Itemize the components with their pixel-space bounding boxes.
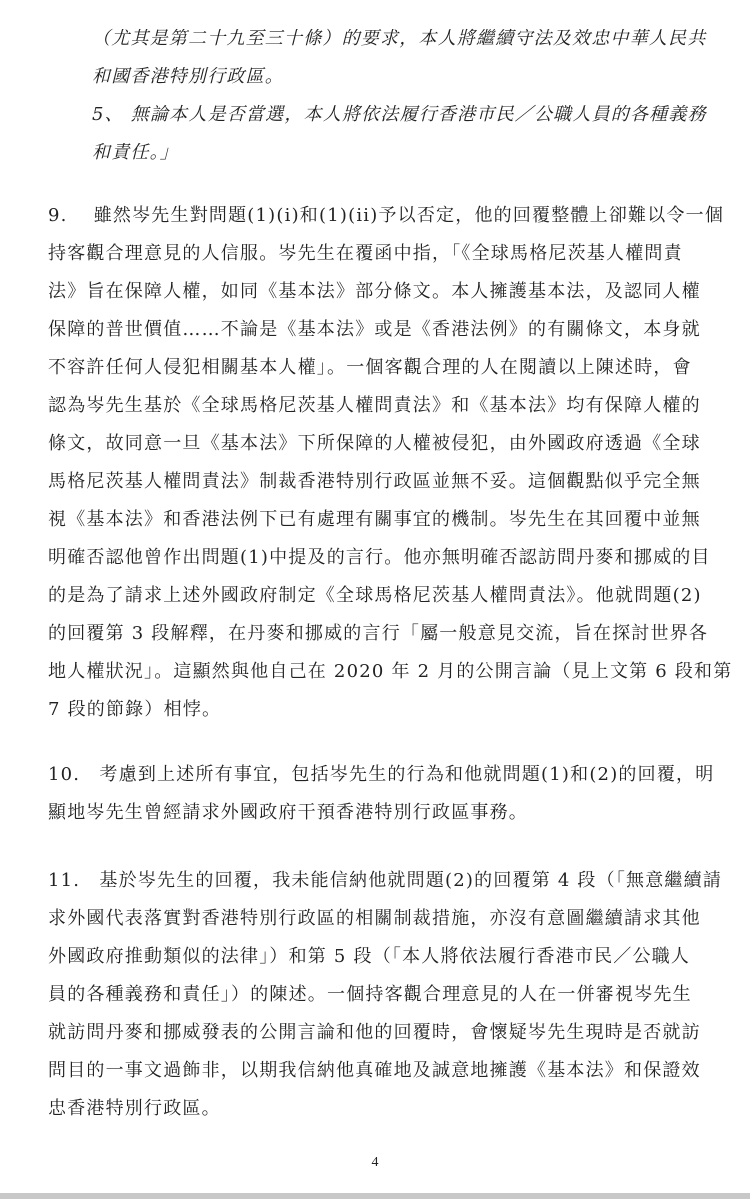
quote-line-3: 5、 無論本人是否當選，本人將依法履行香港市民／公職人員的各種義務	[92, 104, 707, 126]
paragraph-line: 11. 基於岑先生的回覆，我未能信納他就問題(2)的回覆第 4 段（「無意繼續請	[48, 870, 722, 892]
page-bottom-edge	[0, 1193, 750, 1199]
paragraph-line: 馬格尼茨基人權問責法》制裁香港特別行政區並無不妥。這個觀點似乎完全無	[48, 471, 701, 493]
paragraph-line: 員的各種義務和責任」）的陳述。一個持客觀合理意見的人在一併審視岑先生	[48, 984, 692, 1006]
paragraph-line: 法》旨在保障人權，如同《基本法》部分條文。本人擁護基本法，及認同人權	[48, 281, 701, 303]
paragraph-line: 10. 考慮到上述所有事宜，包括岑先生的行為和他就問題(1)和(2)的回覆，明	[48, 764, 714, 786]
paragraph-line: 9. 雖然岑先生對問題(1)(i)和(1)(ii)予以否定，他的回覆整體上卻難以…	[48, 205, 724, 227]
paragraph-line: 的回覆第 3 段解釋，在丹麥和挪威的言行「屬一般意見交流，旨在探討世界各	[48, 623, 708, 645]
paragraph-line: 不容許任何人侵犯相關基本人權」。一個客觀合理的人在閱讀以上陳述時，會	[48, 357, 692, 379]
paragraph-line: 認為岑先生基於《全球馬格尼茨基人權問責法》和《基本法》均有保障人權的	[48, 395, 701, 417]
paragraph-line: 求外國代表落實對香港特別行政區的相關制裁措施，亦沒有意圖繼續請求其他	[48, 908, 701, 930]
paragraph-line: 條文，故同意一旦《基本法》下所保障的人權被侵犯，由外國政府透過《全球	[48, 433, 701, 455]
paragraph-line: 問目的一事文過飾非，以期我信納他真確地及誠意地擁護《基本法》和保證效	[48, 1060, 701, 1082]
quote-line-4: 和責任。」	[92, 142, 179, 164]
document-page: （尤其是第二十九至三十條）的要求，本人將繼續守法及效忠中華人民共 和國香港特別行…	[0, 0, 750, 1193]
paragraph-line: 明確否認他曾作出問題(1)中提及的言行。他亦無明確否認訪問丹麥和挪威的目	[48, 547, 711, 569]
paragraph-line: 顯地岑先生曾經請求外國政府干預香港特別行政區事務。	[48, 802, 528, 824]
paragraph-line: 保障的普世價值……不論是《基本法》或是《香港法例》的有關條文，本身就	[48, 319, 701, 341]
quote-line-1: （尤其是第二十九至三十條）的要求，本人將繼續守法及效忠中華人民共	[92, 28, 706, 50]
paragraph-line: 外國政府推動類似的法律」）和第 5 段（「本人將依法履行香港市民／公職人	[48, 946, 690, 968]
paragraph-line: 忠香港特別行政區。	[48, 1098, 221, 1120]
paragraph-line: 就訪問丹麥和挪威發表的公開言論和他的回覆時，會懷疑岑先生現時是否就訪	[48, 1022, 701, 1044]
quote-line-2: 和國香港特別行政區。	[92, 66, 284, 88]
paragraph-line: 7 段的節錄）相悖。	[48, 699, 221, 721]
paragraph-line: 的是為了請求上述外國政府制定《全球馬格尼茨基人權問責法》。他就問題(2)	[48, 585, 702, 607]
paragraph-line: 持客觀合理意見的人信服。岑先生在覆函中指，「《全球馬格尼茨基人權問責	[48, 243, 683, 265]
page-number: 4	[0, 1155, 750, 1171]
paragraph-line: 地人權狀況」。這顯然與他自己在 2020 年 2 月的公開言論（見上文第 6 段…	[48, 661, 732, 683]
paragraph-line: 視《基本法》和香港法例下已有處理有關事宜的機制。岑先生在其回覆中並無	[48, 509, 701, 531]
